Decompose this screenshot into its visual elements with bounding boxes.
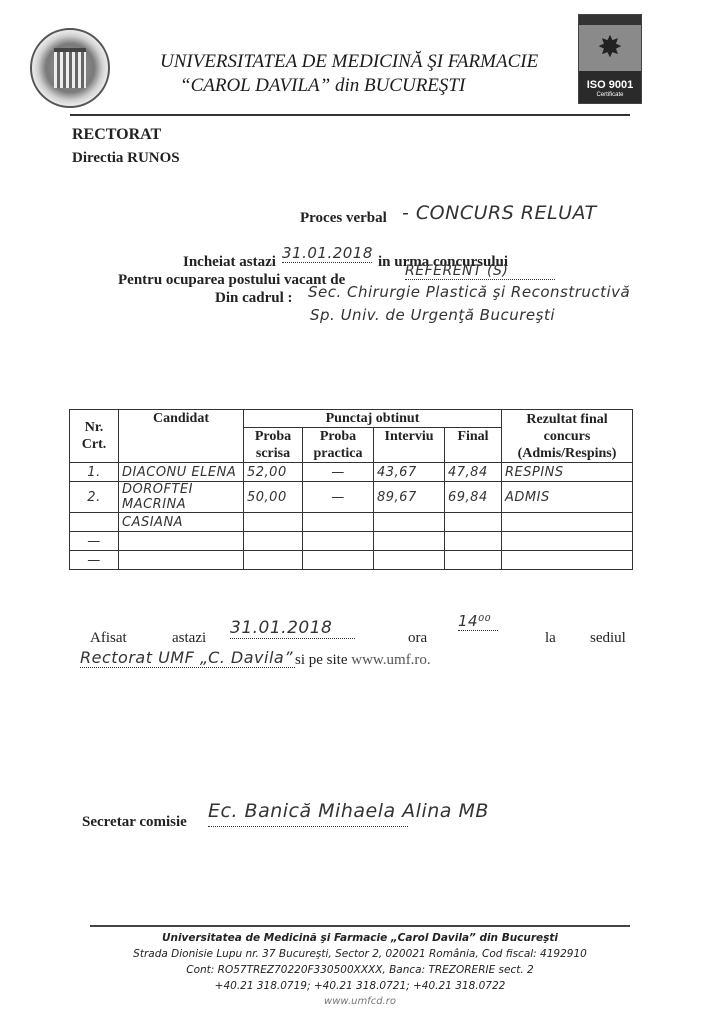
footer-account: Cont: RO57TREZ70220F330500XXXX, Banca: T… [90, 962, 630, 978]
department-rectorat: RECTORAT [72, 126, 161, 144]
cadrul-value-line2: Sp. Univ. de Urgenţă Bucureşti [310, 306, 555, 324]
iso-certification-icon: ✸ ISO 9001 Certificate [578, 14, 642, 104]
cadrul-value-line1: Sec. Chirurgie Plastică şi Reconstructiv… [308, 283, 630, 301]
footer-address: Strada Dionisie Lupu nr. 37 Bucureşti, S… [90, 946, 630, 962]
table-body: 1.DIACONU ELENA52,00—43,6747,84RESPINS2.… [70, 463, 633, 570]
cell-rezultat [502, 513, 633, 532]
iso-label: ISO 9001 [579, 79, 641, 91]
cell-candidat: CASIANA [119, 513, 244, 532]
certification-star-icon: ✸ [593, 33, 627, 63]
cell-practica [303, 532, 374, 551]
iso-top-band [579, 15, 641, 25]
table-header-row: Nr. Crt. Candidat Punctaj obtinut Rezult… [70, 410, 633, 428]
table-row: 2.DOROFTEI MACRINA50,00—89,6769,84ADMIS [70, 482, 633, 513]
header-proba-practica: Proba practica [303, 428, 374, 463]
document-title-handwritten: - CONCURS RELUAT [402, 202, 597, 224]
cell-scrisa [244, 532, 303, 551]
cell-scrisa [244, 551, 303, 570]
cell-practica [303, 551, 374, 570]
table-row: CASIANA [70, 513, 633, 532]
table-row: — [70, 532, 633, 551]
cell-nr: — [70, 551, 119, 570]
cell-scrisa: 50,00 [244, 482, 303, 513]
ocupare-position-field: REFERENT (S) [405, 263, 555, 280]
cell-nr [70, 513, 119, 532]
cell-interviu [374, 551, 445, 570]
afisat-site-text: si pe site www.umf.ro. [295, 652, 431, 669]
cell-practica: — [303, 463, 374, 482]
cell-final [445, 513, 502, 532]
header-punctaj: Punctaj obtinut [244, 410, 502, 428]
header-proba-scrisa: Proba scrisa [244, 428, 303, 463]
cell-practica [303, 513, 374, 532]
cell-candidat: DOROFTEI MACRINA [119, 482, 244, 513]
university-title: UNIVERSITATEA DE MEDICINĂ ŞI FARMACIE “C… [160, 50, 580, 98]
afisat-date-field: 31.01.2018 [230, 618, 355, 639]
afisat-label: Afisat [90, 630, 127, 647]
afisat-la-label: la [545, 630, 556, 647]
afisat-sediul-label: sediul [590, 630, 626, 647]
cell-interviu [374, 513, 445, 532]
secretar-label: Secretar comisie [82, 814, 187, 831]
footer-phones: +40.21 318.0719; +40.21 318.0721; +40.21… [90, 978, 630, 994]
table-row: — [70, 551, 633, 570]
cell-nr: 2. [70, 482, 119, 513]
header-final: Final [445, 428, 502, 463]
document-title: Proces verbal [300, 210, 387, 227]
university-seal-icon [30, 28, 110, 108]
university-title-line2: “CAROL DAVILA” din BUCUREŞTI [160, 74, 580, 98]
cell-final: 69,84 [445, 482, 502, 513]
iso-badge: ISO 9001 Certificate [579, 71, 641, 103]
cell-scrisa [244, 513, 303, 532]
cell-candidat [119, 551, 244, 570]
table-row: 1.DIACONU ELENA52,00—43,6747,84RESPINS [70, 463, 633, 482]
footer-university-name: Universitatea de Medicină şi Farmacie „C… [90, 930, 630, 946]
cell-final [445, 551, 502, 570]
cell-practica: — [303, 482, 374, 513]
cell-rezultat: ADMIS [502, 482, 633, 513]
afisat-site-label: si pe site [295, 652, 348, 668]
cell-rezultat [502, 551, 633, 570]
cell-final: 47,84 [445, 463, 502, 482]
afisat-astazi-label: astazi [172, 630, 206, 647]
cell-nr: — [70, 532, 119, 551]
cell-final [445, 532, 502, 551]
cadrul-label: Din cadrul : [215, 290, 293, 307]
results-table: Nr. Crt. Candidat Punctaj obtinut Rezult… [69, 409, 633, 570]
header-nr: Nr. Crt. [70, 410, 119, 463]
header-interviu: Interviu [374, 428, 445, 463]
footer-divider [90, 925, 630, 927]
cell-rezultat [502, 532, 633, 551]
cell-nr: 1. [70, 463, 119, 482]
afisat-place-field: Rectorat UMF „C. Davila” [80, 648, 295, 668]
afisat-ora-label: ora [408, 630, 427, 647]
incheiat-date-field: 31.01.2018 [282, 244, 372, 263]
university-title-line1: UNIVERSITATEA DE MEDICINĂ ŞI FARMACIE [160, 50, 580, 74]
department-directia: Directia RUNOS [72, 150, 180, 167]
afisat-site-link[interactable]: www.umf.ro. [351, 652, 430, 668]
header-divider [70, 114, 630, 116]
secretar-signature: Ec. Banică Mihaela Alina MB [208, 800, 548, 822]
incheiat-label: Incheiat astazi [183, 254, 276, 271]
afisat-time-field: 14⁰⁰ [458, 612, 498, 631]
cell-interviu: 43,67 [374, 463, 445, 482]
cell-interviu [374, 532, 445, 551]
iso-sublabel: Certificate [579, 91, 641, 99]
secretar-dotted-line [208, 814, 408, 827]
cell-interviu: 89,67 [374, 482, 445, 513]
cell-scrisa: 52,00 [244, 463, 303, 482]
cell-candidat [119, 532, 244, 551]
cell-candidat: DIACONU ELENA [119, 463, 244, 482]
footer-website-link[interactable]: www.umfcd.ro [90, 994, 630, 1010]
cell-rezultat: RESPINS [502, 463, 633, 482]
header-candidat: Candidat [119, 410, 244, 463]
footer: Universitatea de Medicină şi Farmacie „C… [90, 930, 630, 1010]
header-rezultat: Rezultat final concurs (Admis/Respins) [502, 410, 633, 463]
